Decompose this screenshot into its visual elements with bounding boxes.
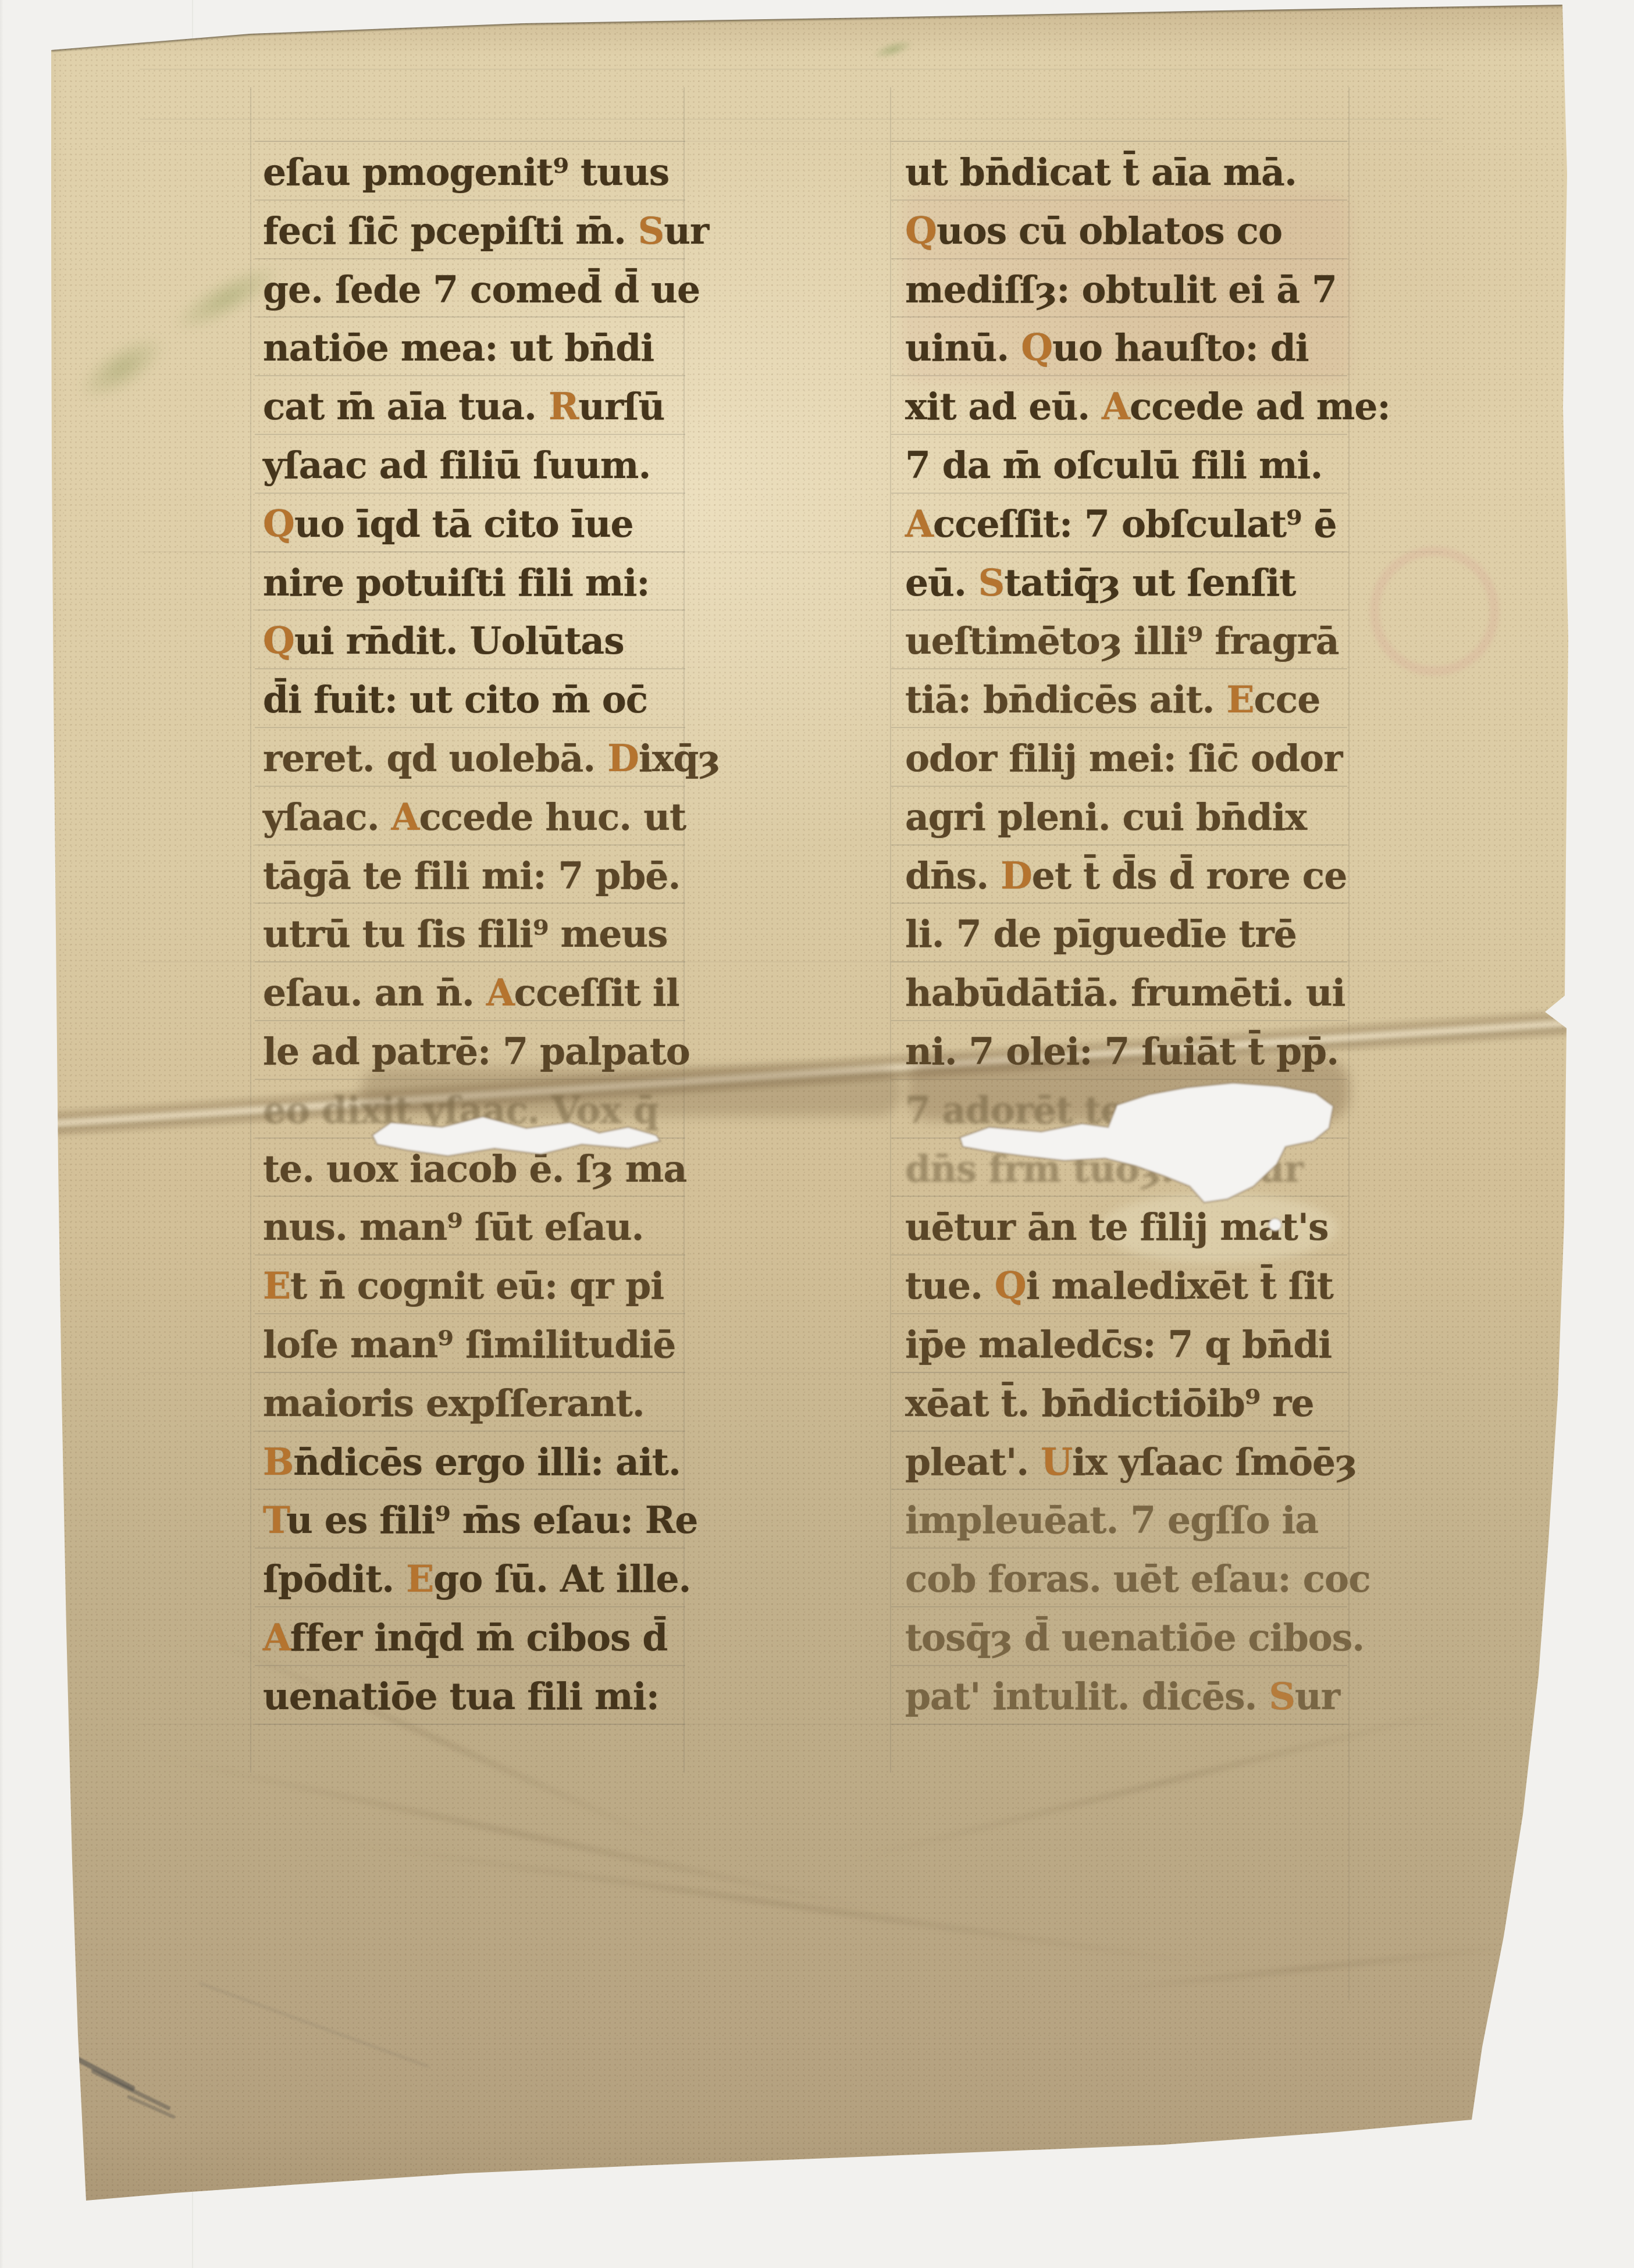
rubricated-initial: A <box>263 1616 290 1659</box>
rubricated-initial: D <box>607 737 639 780</box>
text-line: natiōe mea: ut bn̄di <box>263 319 717 377</box>
text-line: uētur ān te filij mat's <box>905 1198 1382 1257</box>
text-line: loſe man⁹ ſimilitudiē <box>263 1315 717 1374</box>
rubricated-initial: S <box>1269 1675 1295 1718</box>
text-line: pleat'. Uix yſaac ſmōēȝ <box>905 1433 1382 1492</box>
rubricated-initial: A <box>391 796 419 839</box>
text-line: mediſſȝ: obtulit ei ā 7 <box>905 261 1382 319</box>
text-line: cat m̄ aīa tua. Rurſū <box>263 377 717 436</box>
rubricated-initial: A <box>905 502 933 545</box>
text-line: nire potuiſti fili mi: <box>263 554 717 612</box>
rubricated-initial: E <box>263 1264 290 1307</box>
rubricated-initial: Q <box>1021 326 1052 369</box>
rubricated-initial: S <box>978 561 1005 604</box>
text-line: cob foras. uēt eſau: coc <box>905 1550 1382 1609</box>
text-line: nus. man⁹ ſūt eſau. <box>263 1198 717 1257</box>
text-column-right: ut bn̄dicat t̄ aīa mā.Quos cū oblatos co… <box>905 143 1382 1726</box>
text-line: dn̄s frm̄ tuoȝ: 7 īcur <box>905 1140 1382 1199</box>
text-line: eſau pmogenit⁹ tuus <box>263 143 717 202</box>
text-line: maioris expſſerant. <box>263 1374 717 1433</box>
rubricated-initial: E <box>406 1557 433 1600</box>
text-line: ueſtimētoȝ illi⁹ fragrā <box>905 612 1382 671</box>
pink-ring-stain <box>1370 547 1499 676</box>
rubricated-initial: A <box>486 971 514 1014</box>
rubricated-initial: U <box>1041 1440 1072 1484</box>
text-line: ni. 7 olei: 7 ſuiāt t̄ pp̄. <box>905 1022 1382 1081</box>
text-line: te. uox iacob ē. ſȝ ma <box>263 1140 717 1199</box>
text-line: ut bn̄dicat t̄ aīa mā. <box>905 143 1382 202</box>
text-line: xit ad eū. Accede ad me: <box>905 377 1382 436</box>
text-line: tāgā te fili mi: 7 pbē. <box>263 847 717 905</box>
text-line: Quo īqd tā cito īue <box>263 495 717 554</box>
text-line: le ad patrē: 7 palpato <box>263 1022 717 1081</box>
text-line: d̄i fuit: ut cito m̄ oc̄ <box>263 671 717 729</box>
scan-page: eſau pmogenit⁹ tuusfeci ſic̄ pcepiſti m̄… <box>0 0 1634 2268</box>
text-line: tue. Qi maledixēt t̄ ſit <box>905 1257 1382 1315</box>
lower-shading <box>0 0 1634 2268</box>
text-line: uinū. Quo hauſto: di <box>905 319 1382 377</box>
text-line: Bn̄dicēs ergo illi: ait. <box>263 1433 717 1492</box>
rubricated-initial: Q <box>263 619 294 662</box>
text-line: eū. Statiq̄ȝ ut ſenſit <box>905 554 1382 612</box>
rubricated-initial: B <box>263 1440 293 1484</box>
text-column-left: eſau pmogenit⁹ tuusfeci ſic̄ pcepiſti m̄… <box>263 143 717 1726</box>
text-line: reret. qd uolebā. Dixq̄ȝ <box>263 729 717 788</box>
text-line: xēat t̄. bn̄dictiōib⁹ re <box>905 1374 1382 1433</box>
text-line: Acceſſit: 7 obſculat⁹ ē <box>905 495 1382 554</box>
text-line: agri pleni. cui bn̄dix <box>905 788 1382 847</box>
text-line: uenatiōe tua fili mi: <box>263 1667 717 1726</box>
text-line: impleuēat. 7 egſſo ia <box>905 1491 1382 1550</box>
rubricated-initial: S <box>638 209 664 252</box>
text-line: ip̄e maledc̄s: 7 q bn̄di <box>905 1315 1382 1374</box>
text-line: Tu es fili⁹ m̄s eſau: Re <box>263 1491 717 1550</box>
text-line: tiā: bn̄dicēs ait. Ecce <box>905 671 1382 729</box>
text-line: li. 7 de pīguedīe trē <box>905 905 1382 964</box>
rubricated-initial: E <box>1226 678 1254 721</box>
text-line: Qui rn̄dit. Uolūtas <box>263 612 717 671</box>
rubricated-initial: T <box>263 1499 286 1542</box>
rubricated-initial: Q <box>263 502 294 545</box>
text-line: yſaac ad filiū ſuum. <box>263 436 717 495</box>
parchment-leaf: eſau pmogenit⁹ tuusfeci ſic̄ pcepiſti m̄… <box>0 0 1634 2268</box>
rubricated-initial: Q <box>905 209 937 252</box>
text-line: Quos cū oblatos co <box>905 202 1382 261</box>
text-line: habūdātiā. frumēti. ui <box>905 964 1382 1022</box>
text-line: 7 da m̄ oſculū fili mi. <box>905 436 1382 495</box>
text-line: tosq̄ȝ d̄ uenatiōe cibos. <box>905 1609 1382 1667</box>
text-line: utrū tu ſis fili⁹ meus <box>263 905 717 964</box>
text-line: odor filij mei: ſic̄ odor <box>905 729 1382 788</box>
text-line: ge. ſede 7 comed̄ d̄ ue <box>263 261 717 319</box>
text-line: Affer inq̄d m̄ cibos d̄ <box>263 1609 717 1667</box>
text-line: dn̄s. Det t̄ d̄s d̄ rore ce <box>905 847 1382 905</box>
text-line: pat' intulit. dicēs. Sur <box>905 1667 1382 1726</box>
text-line: yſaac. Accede huc. ut <box>263 788 717 847</box>
text-line: eſau. an n̄. Acceſſit il <box>263 964 717 1022</box>
text-line: feci ſic̄ pcepiſti m̄. Sur <box>263 202 717 261</box>
text-line: ſpōdit. Ego ſū. At ille. <box>263 1550 717 1609</box>
text-line: Et n̄ cognit eū: qr pi <box>263 1257 717 1315</box>
rubricated-initial: A <box>1102 385 1130 428</box>
rubricated-initial: R <box>549 385 578 428</box>
text-line: 7 adorēt te ppli. Eſto <box>905 1081 1382 1140</box>
rubricated-initial: Q <box>995 1264 1026 1307</box>
rubricated-initial: D <box>1001 854 1032 897</box>
text-line: eo dixit yſaac. Vox q̄ <box>263 1081 717 1140</box>
